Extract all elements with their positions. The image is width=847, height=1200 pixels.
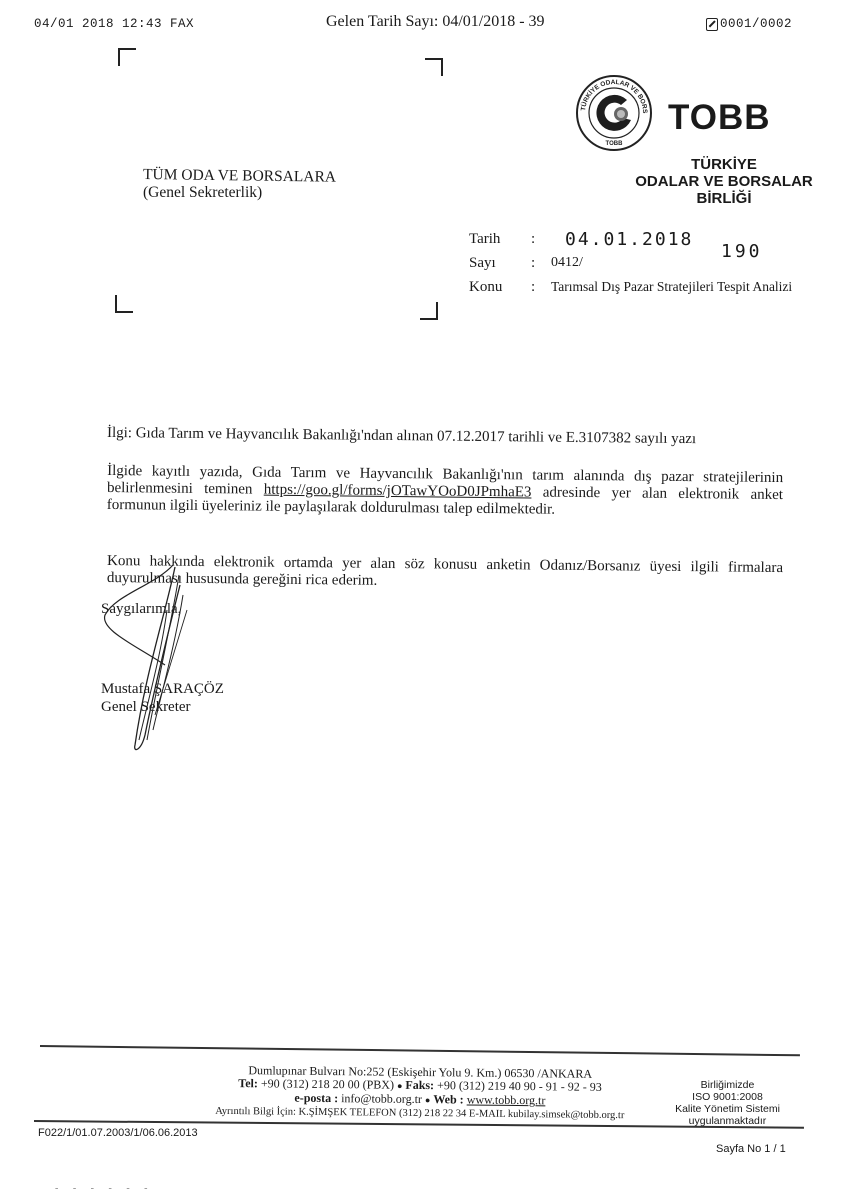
tobb-wordmark: TOBB: [668, 98, 771, 138]
handwritten-signature-icon: [95, 555, 215, 755]
scan-artifact-dashes: - - - - - -: [55, 1183, 153, 1194]
tarih-stamp-value: 04.01.2018: [565, 229, 693, 250]
address-window-corner-top-right: [425, 58, 443, 76]
address-window-corner-top-left: [118, 48, 136, 66]
iso-line1: Birliğimizde: [655, 1079, 800, 1091]
iso-line2: ISO 9001:2008: [655, 1091, 800, 1103]
fax-timestamp: 04/01 2018 12:43 FAX: [34, 17, 194, 31]
konu-value: Tarımsal Dış Pazar Stratejileri Tespit A…: [551, 279, 801, 294]
colon: :: [531, 255, 551, 272]
reference-line: İlgi: Gıda Tarım ve Hayvancılık Bakanlığ…: [107, 425, 783, 449]
fax-page-icon: [706, 18, 718, 31]
footer-contact-block: Dumlupınar Bulvarı No:252 (Eskişehir Yol…: [200, 1064, 641, 1123]
email-value[interactable]: info@tobb.org.tr: [341, 1091, 422, 1106]
page-counter-text: 0001/0002: [720, 17, 792, 31]
body-paragraph-1: İlgide kayıtlı yazıda, Gıda Tarım ve Hay…: [107, 463, 783, 521]
tarih-label: Tarih: [469, 231, 531, 248]
stamp-number: 190: [721, 241, 763, 262]
org-name-line2: ODALAR VE BORSALAR: [624, 173, 824, 190]
bullet-icon: ●: [397, 1081, 403, 1091]
bullet-icon: ●: [425, 1095, 431, 1105]
tel-value: +90 (312) 218 20 00 (PBX): [261, 1076, 394, 1091]
document-meta: Tarih : 04.01.2018 190 Sayı : 0412/ Konu…: [469, 231, 801, 303]
svg-text:TÜRKİYE ODALAR VE BORSALAR: TÜRKİYE ODALAR VE BORSALAR: [575, 74, 648, 114]
colon: :: [531, 231, 551, 248]
web-label: Web :: [433, 1092, 463, 1106]
iso-line3: Kalite Yönetim Sistemi: [655, 1103, 800, 1115]
address-window-corner-bottom-left: [115, 295, 133, 313]
svg-text:TOBB: TOBB: [606, 141, 624, 147]
meta-row-tarih: Tarih : 04.01.2018 190: [469, 231, 801, 255]
fax-page-counter: 0001/0002: [706, 17, 792, 31]
tobb-seal-icon: TÜRKİYE ODALAR VE BORSALAR TOBB: [575, 74, 653, 152]
iso-notice: Birliğimizde ISO 9001:2008 Kalite Yöneti…: [655, 1079, 800, 1127]
web-link[interactable]: www.tobb.org.tr: [467, 1092, 546, 1107]
email-label: e-posta :: [294, 1091, 338, 1105]
tel-label: Tel:: [238, 1076, 258, 1090]
contact-value: K.ŞİMŞEK TELEFON (312) 218 22 34 E-MAIL …: [298, 1107, 624, 1121]
org-name-line1: TÜRKİYE: [624, 156, 824, 173]
survey-link[interactable]: https://goo.gl/forms/jOTawYOoD0JPmhaE3: [264, 482, 532, 501]
addressee-block: TÜM ODA VE BORSALARA (Genel Sekreterlik): [143, 166, 336, 202]
org-name-line3: BİRLİĞİ: [624, 190, 824, 207]
address-window-corner-bottom-right: [420, 302, 438, 320]
page-number: Sayfa No 1 / 1: [716, 1143, 786, 1155]
fax-label: Faks:: [405, 1078, 434, 1092]
meta-row-konu: Konu : Tarımsal Dış Pazar Stratejileri T…: [469, 279, 801, 303]
addressee-line1: TÜM ODA VE BORSALARA: [143, 166, 336, 187]
form-code: F022/1/01.07.2003/1/06.06.2013: [38, 1127, 198, 1139]
received-date-number: Gelen Tarih Sayı: 04/01/2018 - 39: [326, 13, 545, 31]
colon: :: [531, 279, 551, 296]
contact-label: Ayrıntılı Bilgi İçin:: [215, 1106, 296, 1118]
konu-label: Konu: [469, 279, 531, 296]
sayi-value: 0412/: [551, 255, 583, 271]
addressee-line2: (Genel Sekreterlik): [143, 184, 336, 202]
footer-divider-top: [40, 1045, 800, 1056]
organization-name: TÜRKİYE ODALAR VE BORSALAR BİRLİĞİ: [624, 156, 824, 207]
sayi-label: Sayı: [469, 255, 531, 272]
